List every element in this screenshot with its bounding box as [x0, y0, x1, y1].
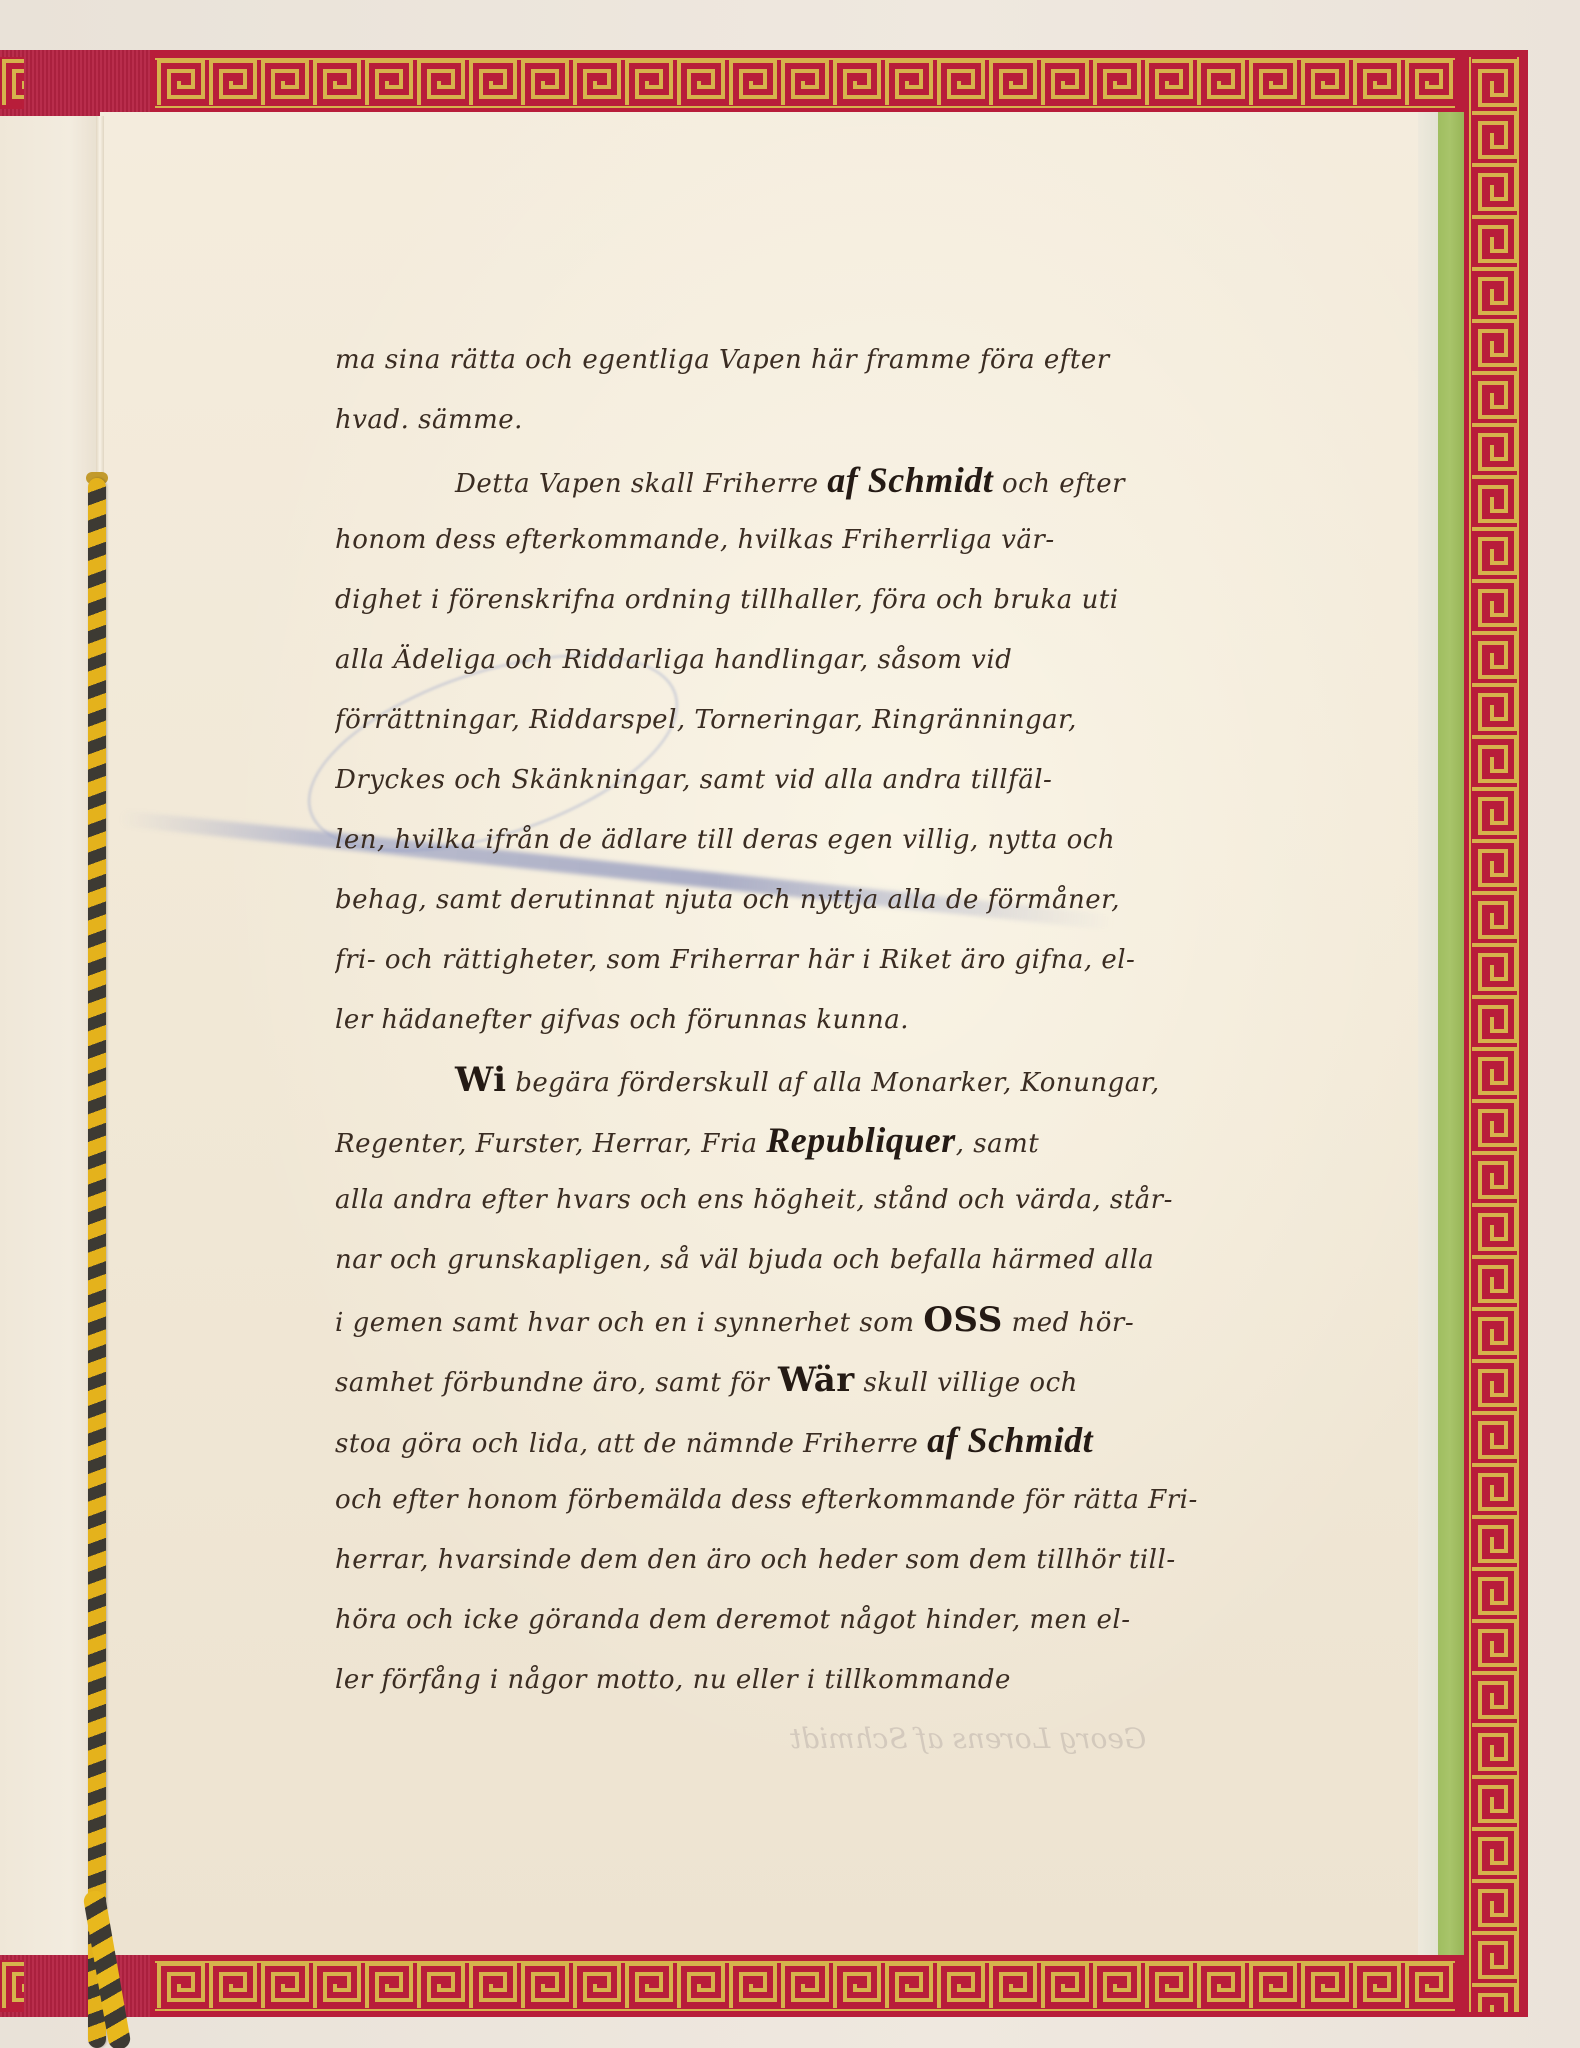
- tissue-interleaf-edge: [1416, 112, 1438, 1955]
- text-line: alla andra efter hvars och ens högheit, …: [335, 1170, 1235, 1230]
- text-line: ma sina rätta och egentliga Vapen här fr…: [335, 330, 1235, 390]
- text-line: Detta Vapen skall Friherre af Schmidt oc…: [335, 450, 1235, 510]
- text-line: Dryckes och Skänkningar, samt vid alla a…: [335, 750, 1235, 810]
- text-line-segment: med hör-: [1003, 1308, 1134, 1338]
- name-af-schmidt: af Schmidt: [827, 460, 993, 500]
- text-line: behag, samt derutinnat njuta och nyttja …: [335, 870, 1235, 930]
- green-paper-edge: [1436, 112, 1464, 1955]
- text-line-segment: , samt: [956, 1129, 1039, 1159]
- text-line: ler förfång i någor motto, nu eller i ti…: [335, 1650, 1235, 1710]
- text-line: fri- och rättigheter, som Friherrar här …: [335, 930, 1235, 990]
- name-af-schmidt-2: af Schmidt: [927, 1420, 1093, 1460]
- text-line-segment: Regenter, Furster, Herrar, Fria: [335, 1129, 766, 1159]
- left-page-sliver: [0, 116, 100, 1955]
- text-line-segment: begära förderskull af alla Monarker, Kon…: [507, 1068, 1160, 1098]
- text-line: herrar, hvarsinde dem den äro och heder …: [335, 1530, 1235, 1590]
- greek-key-fragment-left-bottom: [0, 1960, 24, 2012]
- text-line: alla Ädeliga och Riddarliga handlingar, …: [335, 630, 1235, 690]
- text-line: och efter honom förbemälda dess efterkom…: [335, 1470, 1235, 1530]
- text-line: Wi begära förderskull af alla Monarker, …: [335, 1050, 1235, 1110]
- text-line: höra och icke göranda dem deremot något …: [335, 1590, 1235, 1650]
- text-line: dighet i förenskrifna ordning tillhaller…: [335, 570, 1235, 630]
- text-line: ler hädanefter gifvas och förunnas kunna…: [335, 990, 1235, 1050]
- greek-key-fragment-left-top: [0, 57, 24, 109]
- yellow-black-binding-cord: [88, 478, 106, 2048]
- text-line: hvad. sämme.: [335, 390, 1235, 450]
- word-republiquer: Republiquer: [766, 1120, 956, 1160]
- text-line-segment: skull villige och: [855, 1368, 1078, 1398]
- text-line: stoa göra och lida, att de nämnde Friher…: [335, 1410, 1235, 1470]
- greek-key-border-top: [155, 57, 1455, 109]
- text-line: samhet förbundne äro, samt för Wär skull…: [335, 1350, 1235, 1410]
- text-line: nar och grunskapligen, så väl bjuda och …: [335, 1230, 1235, 1290]
- text-line-segment: och efter: [993, 469, 1125, 499]
- text-line-segment: Detta Vapen skall Friherre: [455, 469, 827, 499]
- opening-initial-wi: Wi: [455, 1060, 507, 1100]
- word-war: Wär: [778, 1360, 855, 1400]
- text-line: i gemen samt hvar och en i synnerhet som…: [335, 1290, 1235, 1350]
- text-line-segment: samhet förbundne äro, samt för: [335, 1368, 778, 1398]
- bleed-through-signature: Georg Lorens af Schmidt: [790, 1722, 1146, 1755]
- text-line-segment: i gemen samt hvar och en i synnerhet som: [335, 1308, 923, 1338]
- text-line-segment: stoa göra och lida, att de nämnde Friher…: [335, 1429, 927, 1459]
- text-line: Regenter, Furster, Herrar, Fria Republiq…: [335, 1110, 1235, 1170]
- manuscript-text: ma sina rätta och egentliga Vapen här fr…: [335, 330, 1235, 1710]
- greek-key-border-right: [1468, 57, 1520, 2012]
- word-oss: OSS: [923, 1300, 1002, 1340]
- text-line: förrättningar, Riddarspel, Torneringar, …: [335, 690, 1235, 750]
- greek-key-border-bottom: [155, 1960, 1455, 2012]
- text-line: len, hvilka ifrån de ädlare till deras e…: [335, 810, 1235, 870]
- text-line: honom dess efterkommande, hvilkas Friher…: [335, 510, 1235, 570]
